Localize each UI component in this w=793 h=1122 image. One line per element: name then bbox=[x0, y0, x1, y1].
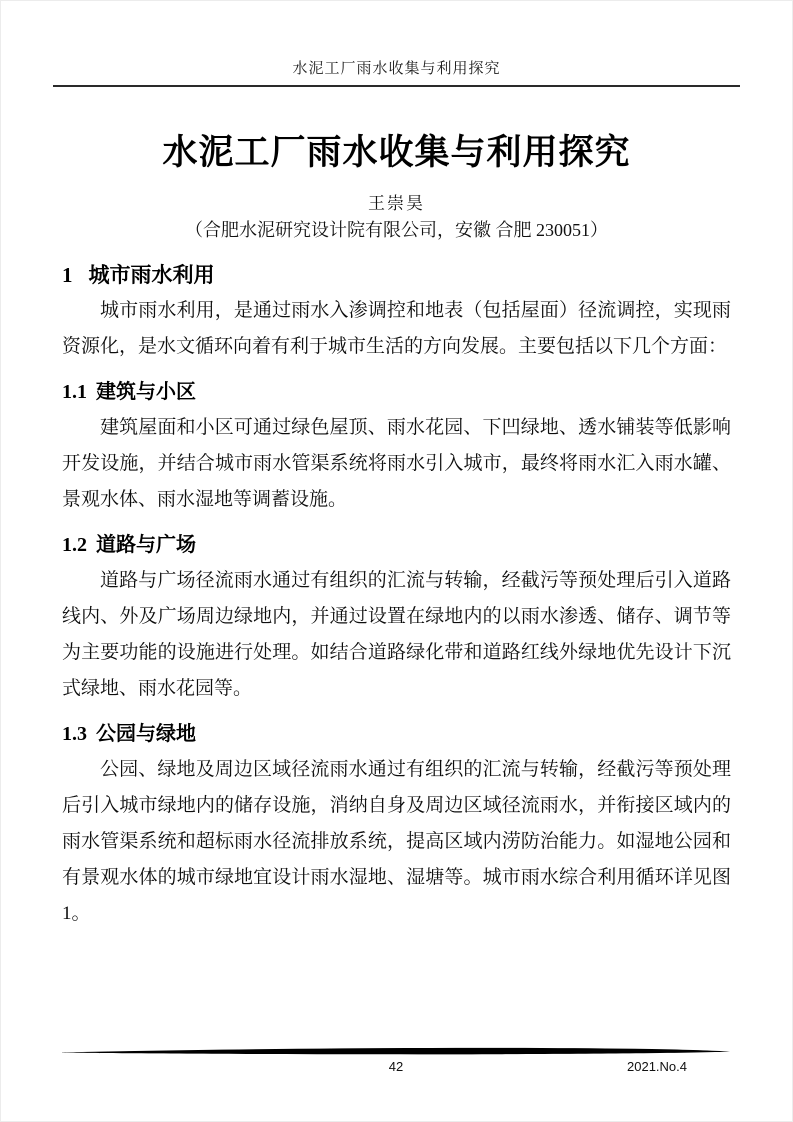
page-title: 水泥工厂雨水收集与利用探究 bbox=[62, 131, 731, 175]
paragraph-line: 为主要功能的设施进行处理。如结合道路绿化带和道路红线外绿地优先设计下沉 bbox=[62, 635, 731, 671]
paragraph: 城市雨水利用，是通过雨水入渗调控和地表（包括屋面）径流调控，实现雨水资源化，是水… bbox=[62, 293, 731, 365]
author: 王崇昊 bbox=[62, 191, 731, 217]
paragraph: 公园、绿地及周边区域径流雨水通过有组织的汇流与转输，经截污等预处理后引入城市绿地… bbox=[62, 752, 731, 932]
footer-rule-bar bbox=[62, 1046, 730, 1056]
paragraph: 道路与广场径流雨水通过有组织的汇流与转输，经截污等预处理后引入道路红线内、外及广… bbox=[62, 563, 731, 707]
section-heading-1-3: 1.3公园与绿地 bbox=[62, 715, 731, 752]
running-header-text: 水泥工厂雨水收集与利用探究 bbox=[292, 61, 500, 77]
section-number: 1.3 bbox=[62, 723, 87, 745]
paragraph-line: 有景观水体的城市绿地宜设计雨水湿地、湿塘等。城市雨水综合利用循环详见图 bbox=[62, 860, 731, 896]
section-title: 建筑与小区 bbox=[96, 379, 196, 403]
paragraph-line: 建筑屋面和小区可通过绿色屋顶、雨水花园、下凹绿地、透水铺装等低影响 bbox=[62, 410, 731, 446]
paragraph-line: 线内、外及广场周边绿地内，并通过设置在绿地内的以雨水渗透、储存、调节等 bbox=[62, 599, 731, 635]
paragraph-line: 道路与广场径流雨水通过有组织的汇流与转输，经截污等预处理后引入道路红 bbox=[62, 563, 731, 599]
paragraph-line: 后引入城市绿地内的储存设施，消纳自身及周边区域径流雨水，并衔接区域内的 bbox=[62, 788, 731, 824]
page-footer: 42 2021.No.4 bbox=[62, 1046, 730, 1076]
paragraph-line: 公园、绿地及周边区域径流雨水通过有组织的汇流与转输，经截污等预处理 bbox=[62, 752, 731, 788]
paragraph-line: 景观水体、雨水湿地等调蓄设施。 bbox=[62, 482, 731, 518]
paragraph-line: 雨水管渠系统和超标雨水径流排放系统，提高区域内涝防治能力。如湿地公园和 bbox=[62, 824, 731, 860]
section-number: 1.1 bbox=[62, 381, 87, 403]
footer-rule-shape bbox=[62, 1048, 730, 1055]
section-number: 1 bbox=[62, 263, 73, 287]
section-title: 道路与广场 bbox=[96, 532, 196, 556]
paragraph-line: 资源化，是水文循环向着有利于城市生活的方向发展。主要包括以下几个方面： bbox=[62, 329, 731, 365]
section-heading-1: 1城市雨水利用 bbox=[62, 257, 731, 293]
paragraph: 建筑屋面和小区可通过绿色屋顶、雨水花园、下凹绿地、透水铺装等低影响开发设施，并结… bbox=[62, 410, 731, 518]
section-title: 城市雨水利用 bbox=[89, 263, 215, 287]
section-number: 1.2 bbox=[62, 534, 87, 556]
footer-text-row: 42 2021.No.4 bbox=[62, 1058, 730, 1076]
issue-label: 2021.No.4 bbox=[627, 1058, 687, 1076]
running-header: 水泥工厂雨水收集与利用探究 bbox=[53, 0, 740, 87]
section-heading-1-1: 1.1建筑与小区 bbox=[62, 373, 731, 410]
paragraph-line: 开发设施，并结合城市雨水管渠系统将雨水引入城市，最终将雨水汇入雨水罐、 bbox=[62, 446, 731, 482]
section-title: 公园与绿地 bbox=[96, 721, 196, 745]
affiliation: （合肥水泥研究设计院有限公司，安徽 合肥 230051） bbox=[62, 217, 731, 243]
paragraph-line: 城市雨水利用，是通过雨水入渗调控和地表（包括屋面）径流调控，实现雨水 bbox=[62, 293, 731, 329]
section-heading-1-2: 1.2道路与广场 bbox=[62, 526, 731, 563]
paragraph-line: 式绿地、雨水花园等。 bbox=[62, 671, 731, 707]
paragraph-line: 1。 bbox=[62, 896, 731, 932]
document-body: 1城市雨水利用 城市雨水利用，是通过雨水入渗调控和地表（包括屋面）径流调控，实现… bbox=[62, 257, 731, 932]
